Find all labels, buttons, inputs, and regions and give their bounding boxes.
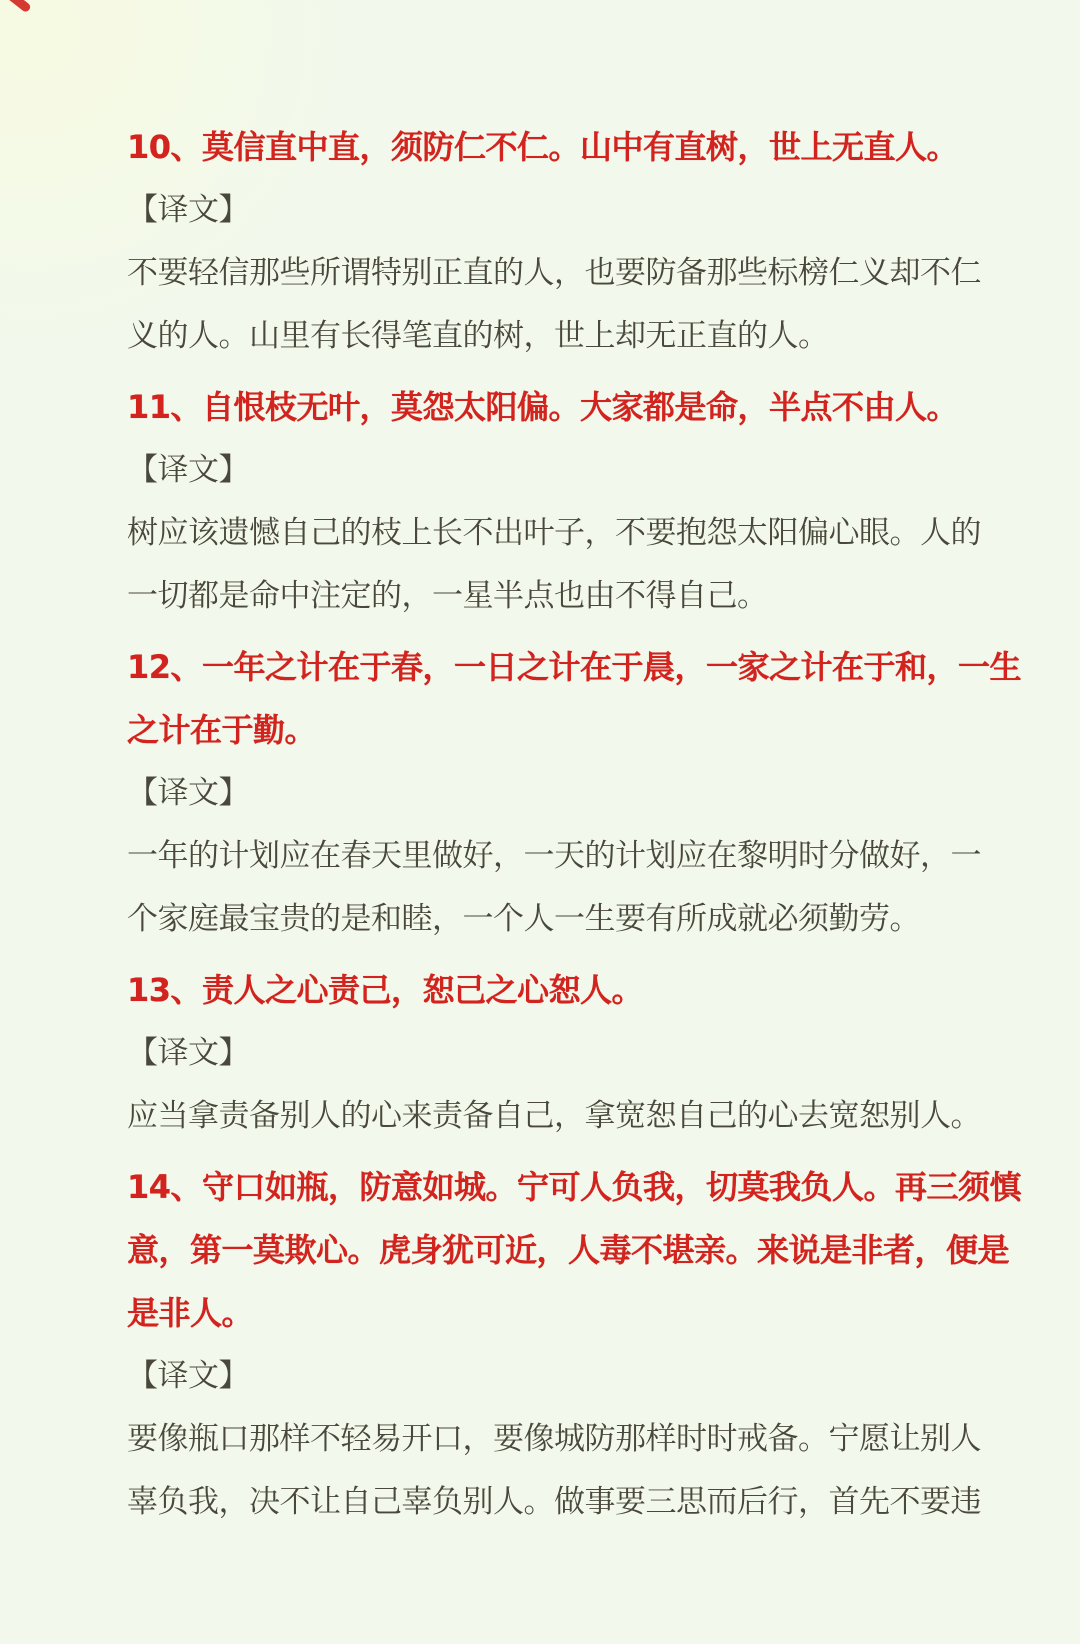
translation-body-line: 义的人。山里有长得笔直的树，世上却无正直的人。 [127, 305, 1037, 368]
proverb-heading-line: 14、守口如瓶，防意如城。宁可人负我，切莫我负人。再三须慎 [127, 1156, 1037, 1219]
translation-body-line: 辜负我，决不让自己辜负别人。做事要三思而后行，首先不要违 [127, 1471, 1037, 1534]
proverb-heading: 14、守口如瓶，防意如城。宁可人负我，切莫我负人。再三须慎意，第一莫欺心。虎身犹… [127, 1156, 1037, 1345]
proverb-section: 14、守口如瓶，防意如城。宁可人负我，切莫我负人。再三须慎意，第一莫欺心。虎身犹… [127, 1156, 1037, 1534]
proverb-heading-line: 意，第一莫欺心。虎身犹可近，人毒不堪亲。来说是非者，便是 [127, 1219, 1037, 1282]
translation-label: 【译文】 [127, 1345, 1037, 1408]
translation-body: 要像瓶口那样不轻易开口，要像城防那样时时戒备。宁愿让别人辜负我，决不让自己辜负别… [127, 1408, 1037, 1534]
corner-brush-mark-icon [5, 0, 32, 13]
translation-body-line: 不要轻信那些所谓特别正直的人，也要防备那些标榜仁义却不仁 [127, 242, 1037, 305]
translation-body-line: 一切都是命中注定的，一星半点也由不得自己。 [127, 565, 1037, 628]
proverb-heading-line: 13、责人之心责己，恕己之心恕人。 [127, 959, 1037, 1022]
proverb-heading: 13、责人之心责己，恕己之心恕人。 [127, 959, 1037, 1022]
proverb-list: 10、莫信直中直，须防仁不仁。山中有直树，世上无直人。 【译文】 不要轻信那些所… [127, 116, 1037, 1534]
translation-body-line: 一年的计划应在春天里做好，一天的计划应在黎明时分做好，一 [127, 825, 1037, 888]
translation-body: 一年的计划应在春天里做好，一天的计划应在黎明时分做好，一个家庭最宝贵的是和睦，一… [127, 825, 1037, 951]
proverb-heading-line: 10、莫信直中直，须防仁不仁。山中有直树，世上无直人。 [127, 116, 1037, 179]
translation-body: 应当拿责备别人的心来责备自己，拿宽恕自己的心去宽恕别人。 [127, 1085, 1037, 1148]
proverb-section: 11、自恨枝无叶，莫怨太阳偏。大家都是命，半点不由人。 【译文】 树应该遗憾自己… [127, 376, 1037, 628]
proverb-section: 13、责人之心责己，恕己之心恕人。 【译文】 应当拿责备别人的心来责备自己，拿宽… [127, 959, 1037, 1148]
translation-body-line: 应当拿责备别人的心来责备自己，拿宽恕自己的心去宽恕别人。 [127, 1085, 1037, 1148]
translation-body-line: 树应该遗憾自己的枝上长不出叶子，不要抱怨太阳偏心眼。人的 [127, 502, 1037, 565]
proverbs-page: 10、莫信直中直，须防仁不仁。山中有直树，世上无直人。 【译文】 不要轻信那些所… [0, 0, 1080, 1644]
translation-label: 【译文】 [127, 439, 1037, 502]
proverb-heading: 10、莫信直中直，须防仁不仁。山中有直树，世上无直人。 [127, 116, 1037, 179]
proverb-section: 10、莫信直中直，须防仁不仁。山中有直树，世上无直人。 【译文】 不要轻信那些所… [127, 116, 1037, 368]
proverb-heading: 12、一年之计在于春，一日之计在于晨，一家之计在于和，一生之计在于勤。 [127, 636, 1037, 762]
translation-body-line: 个家庭最宝贵的是和睦，一个人一生要有所成就必须勤劳。 [127, 888, 1037, 951]
proverb-heading-line: 11、自恨枝无叶，莫怨太阳偏。大家都是命，半点不由人。 [127, 376, 1037, 439]
proverb-heading-line: 12、一年之计在于春，一日之计在于晨，一家之计在于和，一生 [127, 636, 1037, 699]
translation-label: 【译文】 [127, 762, 1037, 825]
translation-body: 不要轻信那些所谓特别正直的人，也要防备那些标榜仁义却不仁义的人。山里有长得笔直的… [127, 242, 1037, 368]
proverb-heading: 11、自恨枝无叶，莫怨太阳偏。大家都是命，半点不由人。 [127, 376, 1037, 439]
translation-label: 【译文】 [127, 179, 1037, 242]
proverb-heading-line: 是非人。 [127, 1282, 1037, 1345]
proverb-heading-line: 之计在于勤。 [127, 699, 1037, 762]
translation-label: 【译文】 [127, 1022, 1037, 1085]
translation-body: 树应该遗憾自己的枝上长不出叶子，不要抱怨太阳偏心眼。人的一切都是命中注定的，一星… [127, 502, 1037, 628]
proverb-section: 12、一年之计在于春，一日之计在于晨，一家之计在于和，一生之计在于勤。 【译文】… [127, 636, 1037, 951]
translation-body-line: 要像瓶口那样不轻易开口，要像城防那样时时戒备。宁愿让别人 [127, 1408, 1037, 1471]
